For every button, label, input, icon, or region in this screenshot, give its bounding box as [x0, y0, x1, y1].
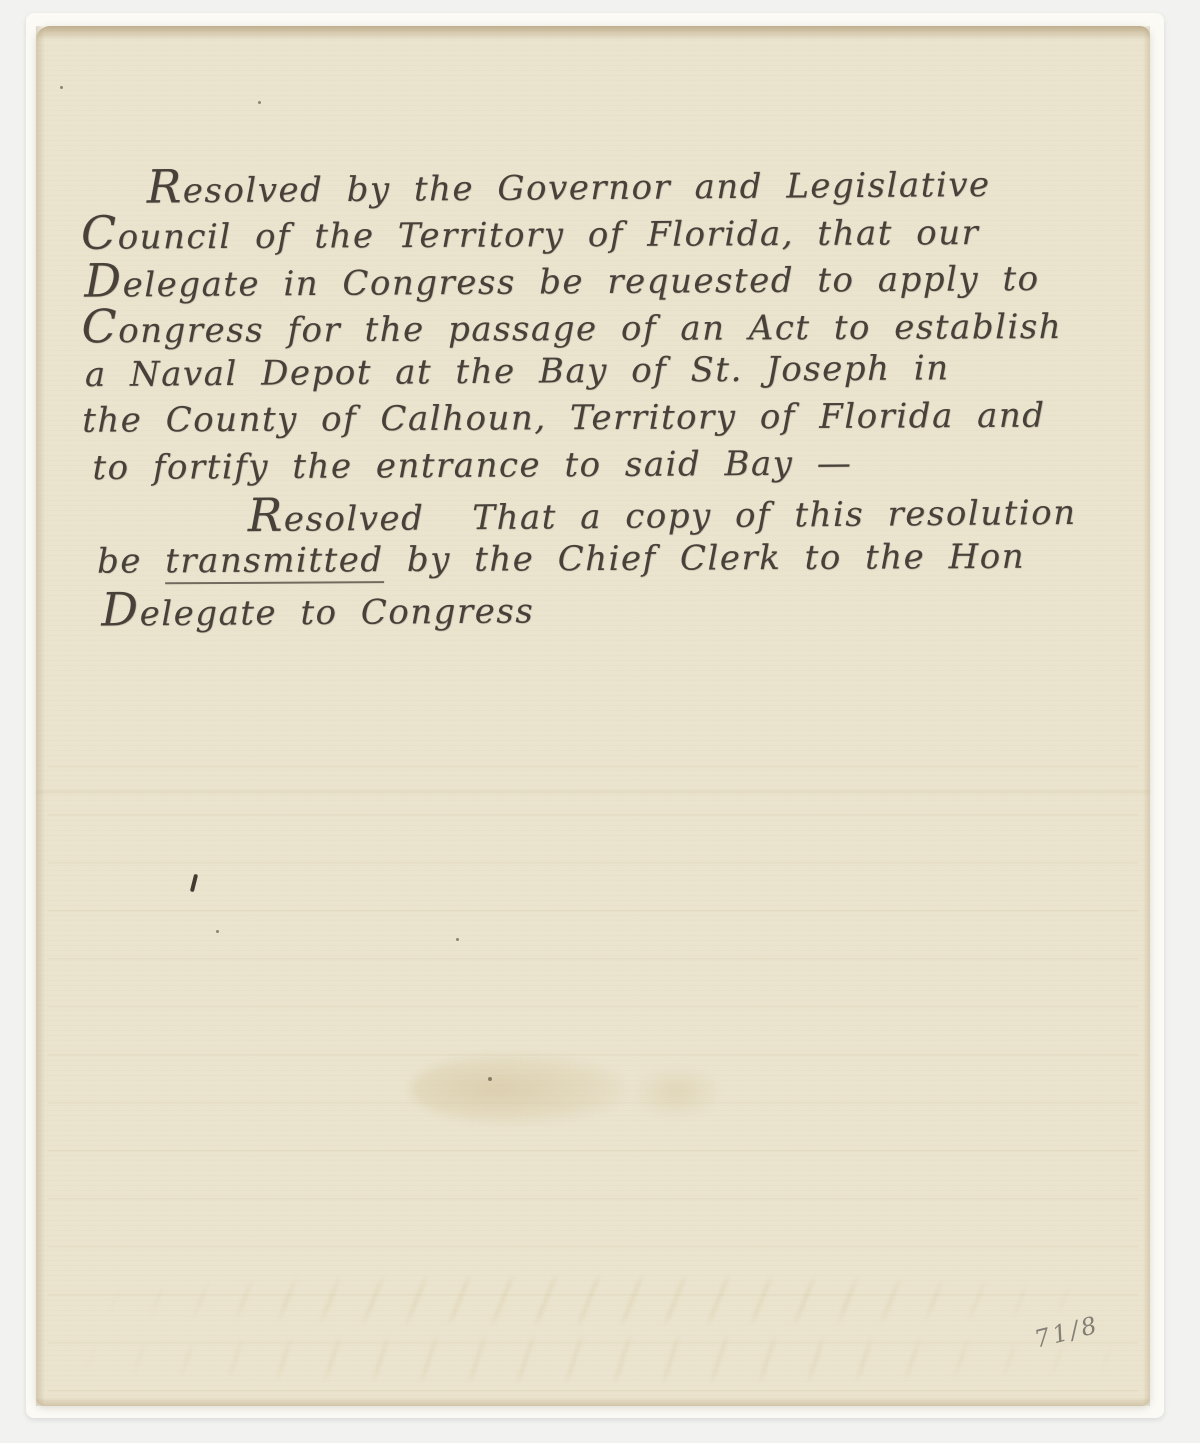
bleed-through-writing [76, 1334, 1126, 1384]
manuscript-line-text: Resolved by the Governor and Legislative [147, 165, 991, 212]
manuscript-line-text: by the Chief Clerk to the Hon [383, 537, 1025, 580]
manuscript-line-text: Delegate in Congress be requested to app… [84, 259, 1040, 306]
manuscript-line: Congress for the passage of an Act to es… [81, 299, 1121, 351]
bleed-through-writing [106, 1274, 1096, 1326]
manuscript-line: Resolved by the Governor and Legislative [81, 156, 1121, 211]
paper-aged-left-edge [36, 26, 45, 1406]
manuscript-line-text: Resolved [248, 499, 425, 541]
paper-stain [411, 1054, 626, 1124]
manuscript-line: Delegate to Congress [83, 579, 1123, 633]
manuscript-line: a Naval Depot at the Bay of St. Joseph i… [82, 344, 1122, 399]
ink-speck [258, 101, 261, 104]
manuscript-line-text: Council of the Territory of Florida, tha… [81, 213, 979, 258]
manuscript-line: be transmitted by the Chief Clerk to the… [83, 533, 1123, 585]
ink-speck [456, 938, 459, 941]
manuscript-line: Delegate in Congress be requested to app… [81, 250, 1121, 304]
ink-speck [60, 86, 63, 89]
paper-aged-right-edge [1143, 26, 1150, 1406]
underlined-word: transmitted [165, 540, 384, 584]
manuscript-line-text: to fortify the entrance to said Bay — [92, 443, 852, 488]
manuscript-line: ResolvedThat a copy of this resolution [83, 484, 1123, 540]
manuscript-page: Resolved by the Governor and Legislative… [36, 26, 1150, 1406]
ink-speck [216, 930, 219, 933]
ink-speck [488, 1077, 492, 1081]
paper-crease [36, 791, 1150, 793]
paper-aged-top-edge [36, 26, 1150, 40]
manuscript-line-text: a Naval Depot at the Bay of St. Joseph i… [85, 348, 950, 395]
manuscript-line-text: That a copy of this resolution [472, 493, 1077, 538]
manuscript-line-text: the County of Calhoun, Territory of Flor… [82, 396, 1046, 441]
manuscript-line-text: Delegate to Congress [101, 591, 534, 634]
manuscript-text-block: Resolved by the Governor and Legislative… [81, 157, 1124, 633]
paper-stain [634, 1068, 719, 1116]
manuscript-line: the County of Calhoun, Territory of Flor… [82, 392, 1122, 444]
manuscript-line: Council of the Territory of Florida, tha… [81, 204, 1121, 256]
manuscript-line: to fortify the entrance to said Bay — [82, 439, 1122, 492]
scan-background: { "scan": { "background_color": "#f2f2f0… [0, 0, 1200, 1443]
manuscript-line-text: be [97, 541, 165, 581]
